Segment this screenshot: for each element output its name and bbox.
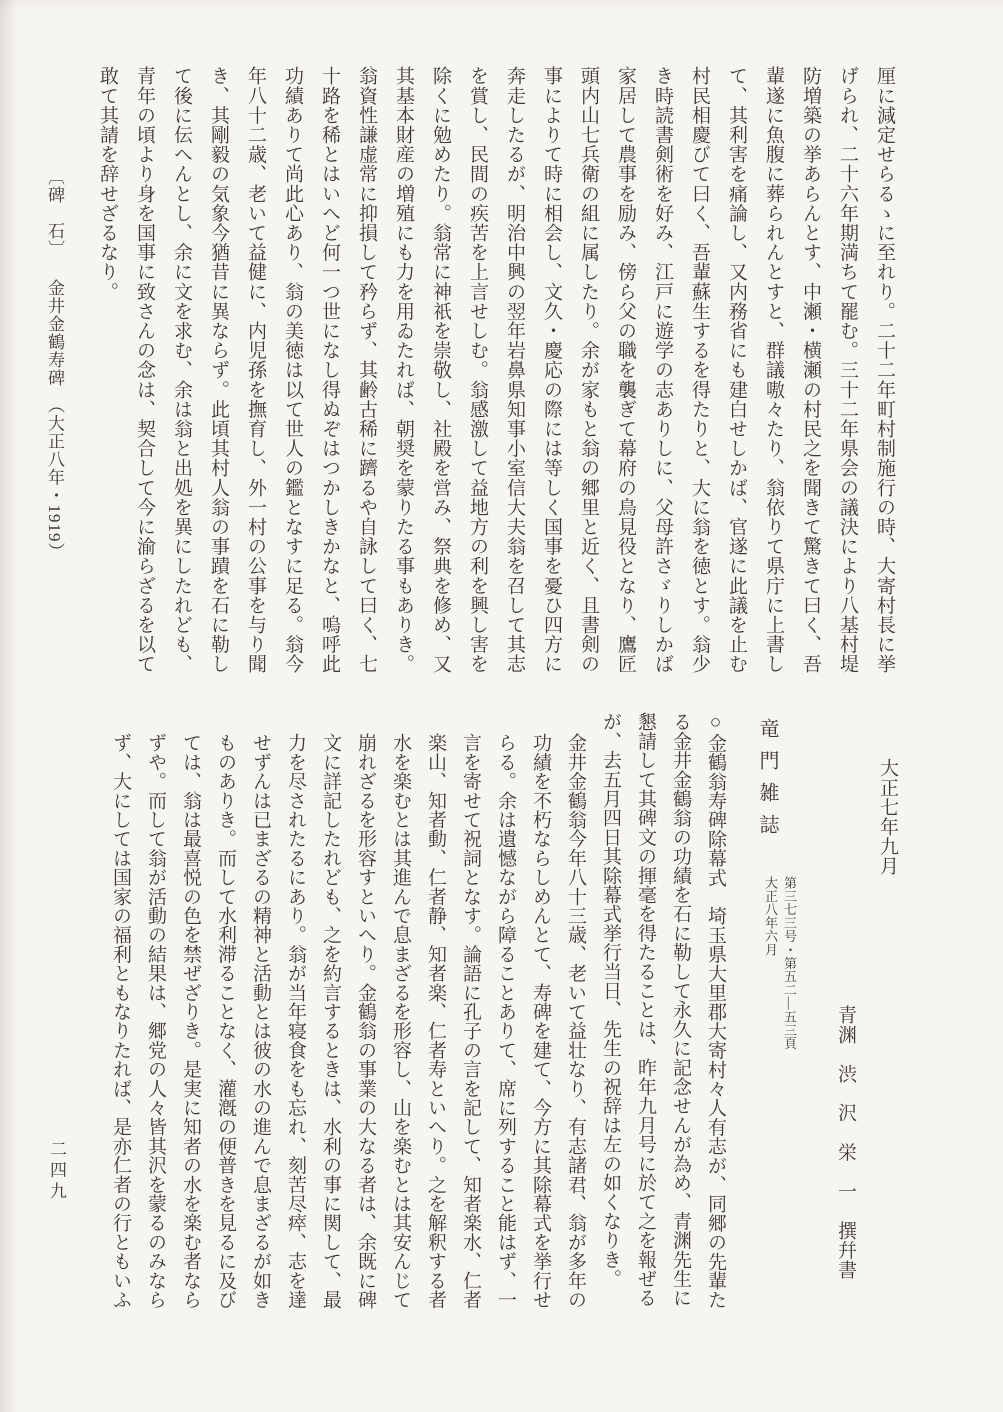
stele-line: 奔走したるが、明治中興の翌年岩鼻県知事小室信大夫翁を召して其志 bbox=[496, 66, 533, 726]
magazine-issue-pages: 第三七三号・第五二―五三頁 bbox=[780, 876, 799, 1050]
stele-caption-title: 金井金鶴寿碑 （大正八年・1919） bbox=[42, 279, 67, 561]
speech-quote-line: ず、大にしては国家の福利ともなりたれば、是亦仁者の行ともいふ bbox=[103, 712, 138, 1352]
article-line: が、去五月四日其除幕式挙行当日、先生の祝辞は左の如くなりき。 bbox=[593, 712, 628, 1352]
stele-line: 家居して農事を励み、傍ら父の職を襲ぎて幕府の鳥見役となり、鷹匠 bbox=[607, 66, 644, 726]
stele-line: 村民相慶びて曰く、吾輩蘇生するを得たりと、大に翁を徳とす。翁少 bbox=[681, 66, 718, 726]
stele-line: 翁資性謙虚常に抑損して矜らず、其齢古稀に躋るや自詠して曰く、七 bbox=[348, 66, 385, 726]
speech-quote-line: せずんは已まざるの精神と活動とは彼の水の進んで息まざるが如き bbox=[243, 712, 278, 1352]
stele-line: 其基本財産の増殖にも力を用ゐたれば、朝奨を蒙りたる事もありき。 bbox=[385, 66, 422, 726]
stele-line: て、其利害を痛論し、又内務省にも建白せしかば、官遂に此議を止む bbox=[718, 66, 755, 726]
stele-line: 十路を稀とはいへど何一つ世になし得ぬぞはつかしきかなと、嗚呼此 bbox=[311, 66, 348, 726]
speech-quote-line: 功績を不朽ならしめんとて、寿碑を建て、今方に其除幕式を挙行せ bbox=[523, 712, 558, 1352]
article-line: る金井金鶴翁の功績を石に勒して永久に記念せんが為め、青渊先生に bbox=[663, 712, 698, 1352]
speech-quote-line: 崩れざるを形容すといへり。金鶴翁の事業の大なる者は、余既に碑 bbox=[348, 712, 383, 1352]
stele-line: て後に伝へんとし、余に文を求む、余は翁と出処を異にしたれども、 bbox=[163, 66, 200, 726]
magazine-issue-date: 大正八年六月 bbox=[761, 876, 780, 1050]
magazine-title: 竜門雑誌 bbox=[753, 718, 782, 846]
speech-quote-line: 金井金鶴翁今年八十三歳、老いて益壮なり、有志諸君、翁が多年の bbox=[558, 712, 593, 1352]
article-line: 懇請して其碑文の揮毫を得たることは、昨年九月号に於て之を報ぜる bbox=[628, 712, 663, 1352]
speech-quote-line: ずや。而して翁が活動の結果は、郷党の人々皆其沢を蒙るのみなら bbox=[138, 712, 173, 1352]
magazine-article-block: ○金鶴翁寿碑除幕式 埼玉県大里郡大寄村々人有志が、同郷の先輩た る金井金鶴翁の功… bbox=[103, 712, 733, 1352]
stele-line: 輩遂に魚腹に葬られんとすと、群議嗷々たり、翁依りて県庁に上書し bbox=[755, 66, 792, 726]
stele-caption-label: 〔碑 石〕 bbox=[45, 168, 64, 258]
speech-quote-line: 水を楽むとは其進んで息まざるを形容し、山を楽むとは其安んじて bbox=[383, 712, 418, 1352]
page-number: 二四九 bbox=[44, 1140, 69, 1203]
scanned-book-page: 厘に減定せらるゝに至れり。二十二年町村制施行の時、大寄村長に挙 げられ、二十六年… bbox=[0, 0, 1003, 1412]
stele-caption: 〔碑 石〕 金井金鶴寿碑 （大正八年・1919） bbox=[42, 168, 67, 561]
stele-line: 敢て其請を辞せざるなり。 bbox=[89, 66, 126, 726]
magazine-source-note: 第三七三号・第五二―五三頁 大正八年六月 bbox=[761, 876, 799, 1050]
stele-line: き、其剛毅の気象今猶昔に異ならず。此頃其村人翁の事蹟を石に勒し bbox=[200, 66, 237, 726]
speech-quote-line: 言を寄せて祝詞となす。論語に孔子の言を記して、知者楽水、仁者 bbox=[453, 712, 488, 1352]
stele-line: 頭内山七兵衛の組に属したり。余が家もと翁の郷里と近く、且書剣の bbox=[570, 66, 607, 726]
stele-date: 大正七年九月 bbox=[874, 712, 901, 876]
speech-quote-line: 力を尽されたるにあり。翁が当年寝食をも忘れ、刻苦尽瘁、志を達 bbox=[278, 712, 313, 1352]
speech-quote-line: らる。余は遺憾ながら障ることありて、席に列すること能はず、一 bbox=[488, 712, 523, 1352]
stele-inscription-block: 厘に減定せらるゝに至れり。二十二年町村制施行の時、大寄村長に挙 げられ、二十六年… bbox=[89, 66, 903, 726]
speech-quote-line: ものありき。而して水利滞ることなく、灌漑の便普きを見るに及び bbox=[208, 712, 243, 1352]
speech-quote-line: 文に詳記したれども、之を約言するときは、水利の事に関して、最 bbox=[313, 712, 348, 1352]
stele-line: 除くに勉めたり。翁常に神祇を崇敬し、社殿を営み、祭典を修め、又 bbox=[422, 66, 459, 726]
stele-line: げられ、二十六年期満ちて罷む。三十二年県会の議決により八基村堤 bbox=[829, 66, 866, 726]
stele-line: を賞し、民間の疾苦を上言せしむ。翁感激して益地方の利を興し害を bbox=[459, 66, 496, 726]
speech-quote-line: ては、翁は最喜悦の色を禁ぜざりき。是実に知者の水を楽む者なら bbox=[173, 712, 208, 1352]
article-line: ○金鶴翁寿碑除幕式 埼玉県大里郡大寄村々人有志が、同郷の先輩た bbox=[698, 712, 733, 1352]
speech-quote-line: 楽山、知者動、仁者静、知者楽、仁者寿といへり。之を解釈する者 bbox=[418, 712, 453, 1352]
stele-line: 年八十二歳、老いて益健に、内児孫を撫育し、外一村の公事を与り聞 bbox=[237, 66, 274, 726]
stele-author-signature: 青渊 渋 沢 栄 一 撰幷書 bbox=[832, 1005, 859, 1279]
stele-line: 防増築の挙あらんとす、中瀬・横瀬の村民之を聞きて驚きて曰く、吾 bbox=[792, 66, 829, 726]
stele-line: 厘に減定せらるゝに至れり。二十二年町村制施行の時、大寄村長に挙 bbox=[866, 66, 903, 726]
stele-line: 事によりて時に相会し、文久・慶応の際には等しく国事を憂ひ四方に bbox=[533, 66, 570, 726]
stele-line: 青年の頃より身を国事に致さんの念は、契合して今に渝らざるを以て bbox=[126, 66, 163, 726]
stele-line: 功績ありて尚此心あり、翁の美徳は以て世人の鑑となすに足る。翁今 bbox=[274, 66, 311, 726]
stele-line: き時読書剣術を好み、江戸に遊学の志ありしに、父母許さゞりしかば bbox=[644, 66, 681, 726]
